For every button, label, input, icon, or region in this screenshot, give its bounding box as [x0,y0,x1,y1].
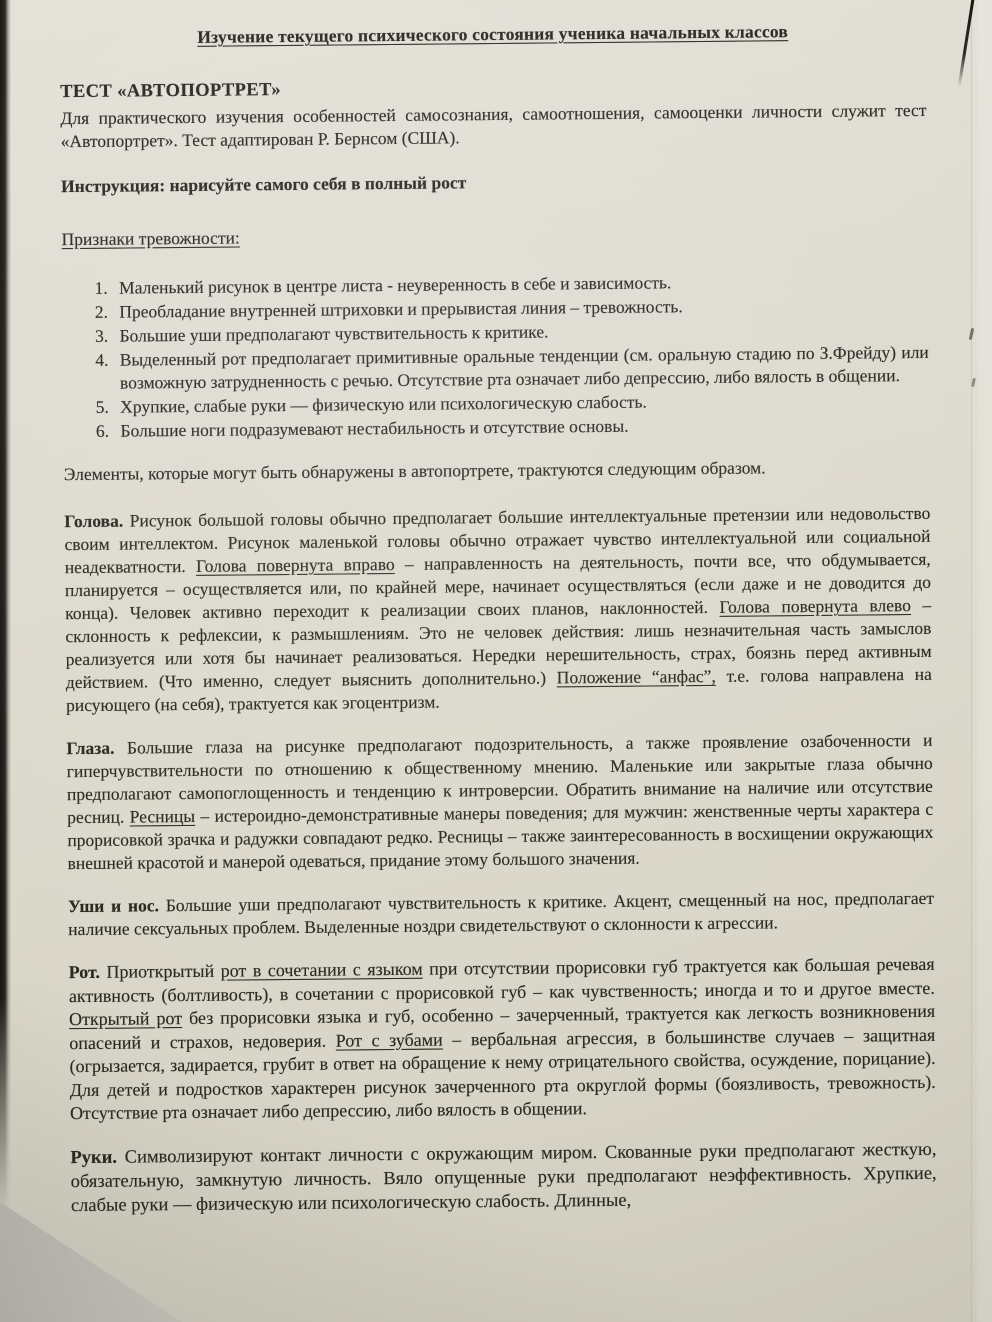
text-segment: Рот с зубами [336,1029,443,1050]
text-segment: Уши и нос. [68,895,159,916]
anxiety-signs-heading: Признаки тревожности: [62,220,928,251]
text-segment: Руки. [70,1147,117,1167]
text-segment: – истероидно-демонстративные манеры пове… [67,799,933,873]
document-body: Изучение текущего психического состояния… [59,0,937,1218]
text-segment: Рот. [69,962,101,982]
text-segment: рот в сочетании с языком [221,959,423,981]
text-segment: Приоткрытый [100,961,221,982]
text-segment: Голова повернута влево [719,595,911,617]
anxiety-signs-list: Маленький рисунок в центре листа - неуве… [62,269,930,443]
test-intro-paragraph: Для практического изучения особенностей … [60,99,926,153]
text-segment: Голова повернута вправо [196,554,395,576]
text-segment: Голова. [64,511,123,532]
photographed-page: Изучение текущего психического состояния… [0,0,992,1322]
text-segment: Положение “анфас”, [557,666,716,688]
elements-note-paragraph: Элементы, которые могут быть обнаружены … [64,455,930,486]
anxiety-list-item: Выделенный рот предполагает примитивные … [113,341,929,395]
paper-right-edge [971,0,992,1322]
paragraph-ears-nose: Уши и нос. Большие уши предполагают чувс… [68,887,934,941]
text-segment: Ресницы [130,806,196,827]
paper-fold-bottom-left [0,1202,182,1322]
text-segment: Глаза. [66,738,114,758]
paragraph-eyes: Глаза. Большие глаза на рисунке предпола… [66,729,933,875]
document-title: Изучение текущего психического состояния… [60,18,926,50]
paragraph-hands: Руки. Символизируют контакт личности с о… [70,1137,937,1217]
paragraph-mouth: Рот. Приоткрытый рот в сочетании с языко… [69,953,937,1126]
photo-left-edge-shadow [0,0,11,1216]
instruction-line: Инструкция: нарисуйте самого себя в полн… [61,167,927,198]
text-segment: Большие уши предполагают чувствительност… [68,888,934,939]
text-segment: Символизируют контакт личности с окружаю… [71,1139,937,1215]
text-segment: Открытый рот [69,1008,182,1029]
paragraph-head: Голова. Рисунок большой головы обычно пр… [64,502,932,717]
